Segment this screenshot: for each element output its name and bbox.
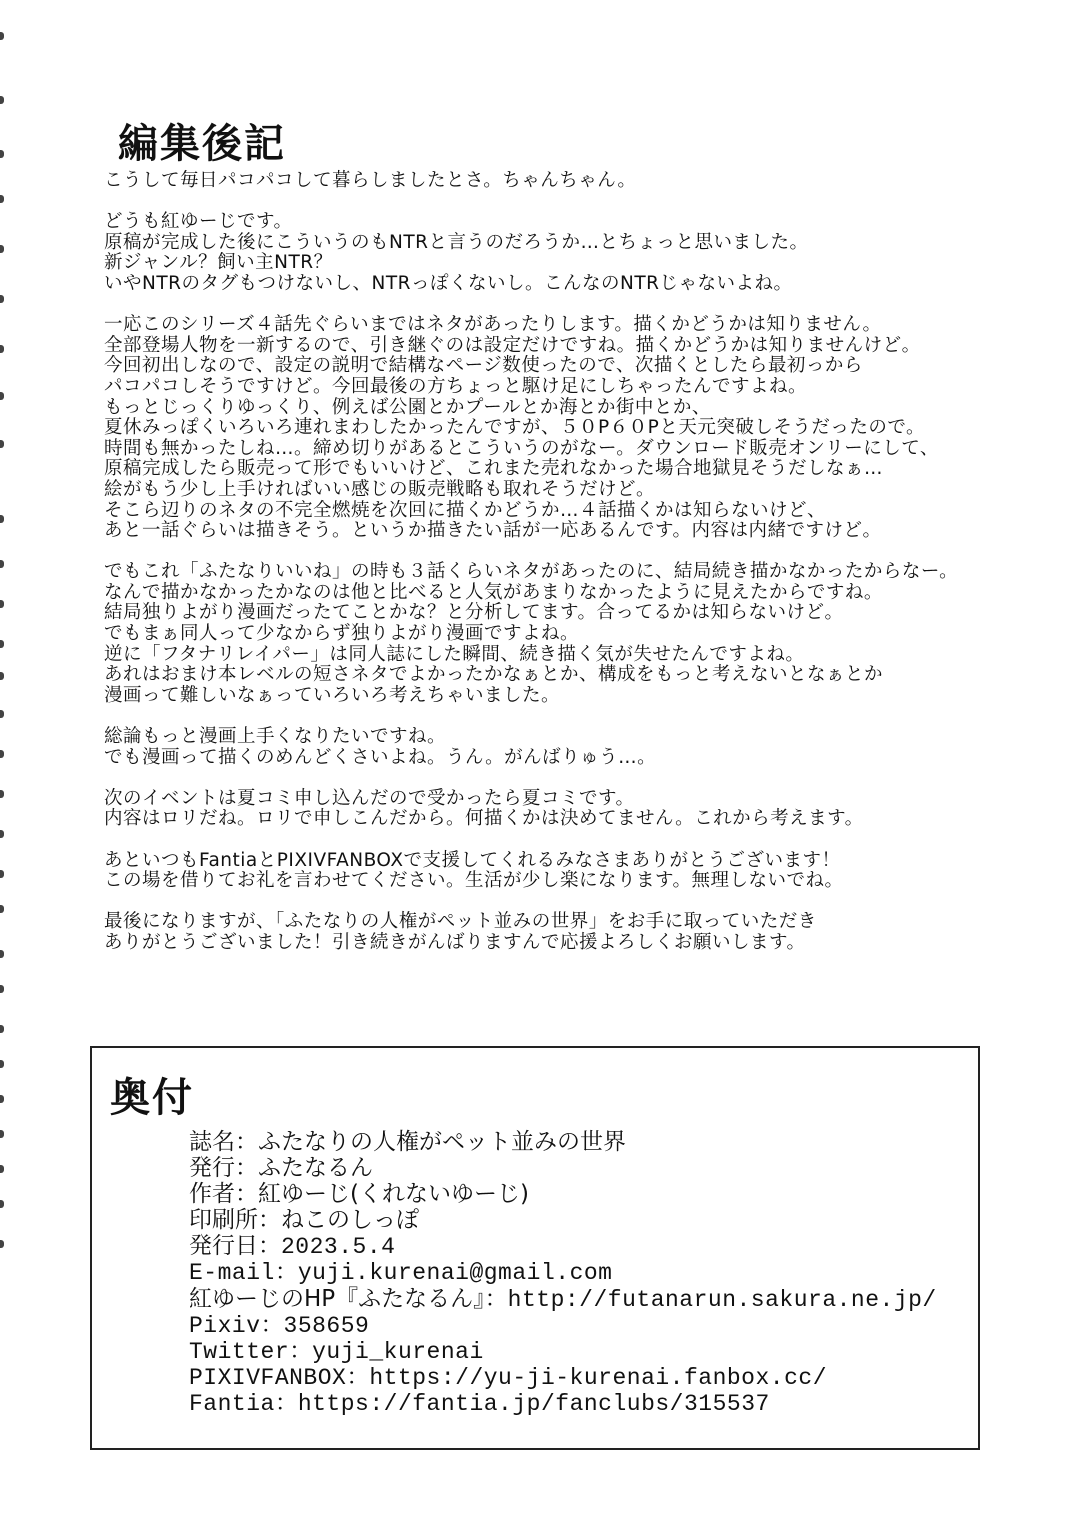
text-line: そこら辺りのネタの不完全燃焼を次回に描くかどうか…４話描くかは知らないけど、 bbox=[104, 501, 1054, 522]
binding-mark bbox=[0, 560, 4, 568]
afterword-body: こうして毎日パコパコして暮らしましたとさ。ちゃんちゃん。 どうも紅ゆーじです。 … bbox=[104, 171, 1054, 974]
colophon-value: ふたなるん bbox=[258, 1155, 373, 1181]
text-line: どうも紅ゆーじです。 bbox=[104, 212, 1054, 233]
text-line: 夏休みっぽくいろいろ連れまわしたかったんですが、５０P６０Pと天元突破しそうだっ… bbox=[104, 418, 1054, 439]
binding-mark bbox=[0, 1060, 4, 1068]
text-line: 今回初出しなので、設定の説明で結構なページ数使ったので、次描くとしたら最初っから bbox=[104, 356, 1054, 377]
text-line: 新ジャンル？飼い主NTR？ bbox=[104, 253, 1054, 274]
text-line: なんで描かなかったかなのは他と比べると人気があまりなかったように見えたからですね… bbox=[104, 583, 1054, 604]
binding-mark bbox=[0, 195, 4, 203]
text-line: 原稿完成したら販売って形でもいいけど、これまた売れなかった場合地獄見そうだしなぁ… bbox=[104, 459, 1054, 480]
binding-mark bbox=[0, 32, 4, 40]
binding-mark bbox=[0, 905, 4, 913]
colophon-row-email: E-mail：yuji.kurenai@gmail.com bbox=[189, 1259, 937, 1285]
colophon-row-fantia: Fantia：https://fantia.jp/fanclubs/315537 bbox=[189, 1390, 937, 1416]
text-line: あれはおまけ本レベルの短さネタでよかったかなぁとか、構成をもっと考えないとなぁと… bbox=[104, 665, 1054, 686]
text-line: でもまぁ同人って少なからず独りよがり漫画ですよね。 bbox=[104, 624, 1054, 645]
colophon-list: 誌名：ふたなりの人権がペット並みの世界 発行：ふたなるん 作者：紅ゆーじ(くれな… bbox=[189, 1129, 937, 1416]
text-line: 最後になりますが、「ふたなりの人権がペット並みの世界」をお手に取っていただき bbox=[104, 912, 1054, 933]
afterword-paragraph: でもこれ「ふたなりいいね」の時も３話くらいネタがあったのに、結局続き描かなかった… bbox=[104, 562, 1054, 706]
binding-mark bbox=[0, 1095, 4, 1103]
text-line: 逆に「フタナリレイパー」は同人誌にした瞬間、続き描く気が失せたんですよね。 bbox=[104, 645, 1054, 666]
colophon-label: Twitter bbox=[189, 1339, 289, 1365]
text-line: 漫画って難しいなぁっていろいろ考えちゃいました。 bbox=[104, 686, 1054, 707]
colophon-row-pixiv: Pixiv：358659 bbox=[189, 1312, 937, 1338]
colophon-row-date: 発行日：2023.5.4 bbox=[189, 1233, 937, 1259]
colophon-separator: ： bbox=[346, 1364, 369, 1390]
binding-mark bbox=[0, 790, 4, 798]
colophon-row-author: 作者：紅ゆーじ(くれないゆーじ) bbox=[189, 1181, 937, 1207]
text-line: 原稿が完成した後にこういうのもNTRと言うのだろうか…とちょっと思いました。 bbox=[104, 233, 1054, 254]
text-line: 内容はロリだね。ロリで申しこんだから。何描くかは決めてません。これから考えます。 bbox=[104, 809, 1054, 830]
binding-mark bbox=[0, 830, 4, 838]
binding-mark bbox=[0, 1165, 4, 1173]
homepage-link[interactable]: http://futanarun.sakura.ne.jp/ bbox=[508, 1287, 937, 1313]
colophon-row-twitter: Twitter：yuji_kurenai bbox=[189, 1338, 937, 1364]
email-link[interactable]: yuji.kurenai@gmail.com bbox=[298, 1260, 613, 1286]
binding-mark bbox=[0, 245, 4, 253]
colophon-separator: ： bbox=[485, 1286, 508, 1312]
text-line: パコパコしそうですけど。今回最後の方ちょっと駆け足にしちゃったんですよね。 bbox=[104, 377, 1054, 398]
afterword-paragraph: あといつもFantiaとPIXIVFANBOXで支援してくれるみなさまありがとう… bbox=[104, 851, 1054, 892]
colophon-separator: ： bbox=[235, 1155, 258, 1181]
colophon-row-homepage: 紅ゆーじのHP『ふたなるん』：http://futanarun.sakura.n… bbox=[189, 1286, 937, 1312]
colophon-label: 印刷所 bbox=[189, 1207, 258, 1233]
text-line: こうして毎日パコパコして暮らしましたとさ。ちゃんちゃん。 bbox=[104, 171, 1054, 192]
binding-mark bbox=[0, 295, 4, 303]
text-line: でもこれ「ふたなりいいね」の時も３話くらいネタがあったのに、結局続き描かなかった… bbox=[104, 562, 1054, 583]
binding-mark bbox=[0, 1240, 4, 1248]
colophon-label: Pixiv bbox=[189, 1313, 261, 1339]
binding-edge-marks bbox=[0, 0, 10, 1521]
colophon-label: PIXIVFANBOX bbox=[189, 1365, 346, 1391]
colophon-separator: ： bbox=[275, 1390, 298, 1416]
colophon-separator: ： bbox=[261, 1312, 284, 1338]
binding-mark bbox=[0, 870, 4, 878]
colophon-label: 発行 bbox=[189, 1155, 235, 1181]
afterword-paragraph: 一応このシリーズ４話先ぐらいまではネタがあったりします。描くかどうかは知りません… bbox=[104, 315, 1054, 542]
binding-mark bbox=[0, 345, 4, 353]
text-line: あといつもFantiaとPIXIVFANBOXで支援してくれるみなさまありがとう… bbox=[104, 851, 1054, 872]
colophon-box: 奥付 誌名：ふたなりの人権がペット並みの世界 発行：ふたなるん 作者：紅ゆーじ(… bbox=[90, 1046, 980, 1450]
colophon-separator: ： bbox=[258, 1233, 281, 1259]
colophon-row-publisher: 発行：ふたなるん bbox=[189, 1155, 937, 1181]
text-line: この場を借りてお礼を言わせてください。生活が少し楽になります。無理しないでね。 bbox=[104, 871, 1054, 892]
colophon-label: Fantia bbox=[189, 1391, 275, 1417]
colophon-label: E-mail bbox=[189, 1260, 275, 1286]
text-line: でも漫画って描くのめんどくさいよね。うん。がんばりゅう…。 bbox=[104, 748, 1054, 769]
colophon-separator: ： bbox=[235, 1181, 258, 1207]
colophon-separator: ： bbox=[235, 1129, 258, 1155]
binding-mark bbox=[0, 600, 4, 608]
text-line: 絵がもう少し上手ければいい感じの販売戦略も取れそうだけど。 bbox=[104, 480, 1054, 501]
afterword-paragraph: 最後になりますが、「ふたなりの人権がペット並みの世界」をお手に取っていただき あ… bbox=[104, 912, 1054, 953]
afterword-paragraph: どうも紅ゆーじです。 原稿が完成した後にこういうのもNTRと言うのだろうか…とち… bbox=[104, 212, 1054, 294]
binding-mark bbox=[0, 1025, 4, 1033]
pixiv-id: 358659 bbox=[284, 1313, 370, 1339]
text-line: 次のイベントは夏コミ申し込んだので受かったら夏コミです。 bbox=[104, 789, 1054, 810]
text-line: 全部登場人物を一新するので、引き継ぐのは設定だけですね。描くかどうかは知りません… bbox=[104, 336, 1054, 357]
afterword-paragraph: 総論もっと漫画上手くなりたいですね。 でも漫画って描くのめんどくさいよね。うん。… bbox=[104, 727, 1054, 768]
binding-mark bbox=[0, 96, 4, 104]
afterword-paragraph: こうして毎日パコパコして暮らしましたとさ。ちゃんちゃん。 bbox=[104, 171, 1054, 192]
text-line: もっとじっくりゆっくり、例えば公園とかプールとか海とか街中とか、 bbox=[104, 398, 1054, 419]
colophon-separator: ： bbox=[275, 1259, 298, 1285]
fantia-link[interactable]: https://fantia.jp/fanclubs/315537 bbox=[298, 1391, 770, 1417]
binding-mark bbox=[0, 950, 4, 958]
fanbox-link[interactable]: https://yu-ji-kurenai.fanbox.cc/ bbox=[369, 1365, 827, 1391]
colophon-value: ねこのしっぽ bbox=[281, 1207, 419, 1233]
twitter-handle: yuji_kurenai bbox=[312, 1339, 484, 1365]
text-line: いやNTRのタグもつけないし、NTRっぽくないし。こんなのNTRじゃないよね。 bbox=[104, 274, 1054, 295]
colophon-title: 奥付 bbox=[110, 1074, 194, 1122]
colophon-row-fanbox: PIXIVFANBOX：https://yu-ji-kurenai.fanbox… bbox=[189, 1364, 937, 1390]
colophon-value: ふたなりの人権がペット並みの世界 bbox=[258, 1129, 626, 1155]
text-line: 結局独りよがり漫画だったてことかな？と分析してます。合ってるかは知らないけど。 bbox=[104, 603, 1054, 624]
binding-mark bbox=[0, 710, 4, 718]
text-line: ありがとうございました！引き続きがんばりますんで応援よろしくお願いします。 bbox=[104, 933, 1054, 954]
binding-mark bbox=[0, 1130, 4, 1138]
binding-mark bbox=[0, 1200, 4, 1208]
binding-mark bbox=[0, 985, 4, 993]
colophon-separator: ： bbox=[289, 1338, 312, 1364]
afterword-title: 編集後記 bbox=[118, 118, 286, 170]
colophon-label: 紅ゆーじのHP『ふたなるん』 bbox=[189, 1286, 485, 1312]
binding-mark bbox=[0, 672, 4, 680]
text-line: 時間も無かったしね…。締め切りがあるとこういうのがなー。ダウンロード販売オンリー… bbox=[104, 439, 1054, 460]
binding-mark bbox=[0, 150, 4, 158]
binding-mark bbox=[0, 515, 4, 523]
binding-mark bbox=[0, 440, 4, 448]
colophon-separator: ： bbox=[258, 1207, 281, 1233]
colophon-row-title: 誌名：ふたなりの人権がペット並みの世界 bbox=[189, 1129, 937, 1155]
colophon-value: 2023.5.4 bbox=[281, 1234, 395, 1260]
binding-mark bbox=[0, 640, 4, 648]
colophon-row-printer: 印刷所：ねこのしっぽ bbox=[189, 1207, 937, 1233]
text-line: あと一話ぐらいは描きそう。というか描きたい話が一応あるんです。内容は内緒ですけど… bbox=[104, 521, 1054, 542]
afterword-paragraph: 次のイベントは夏コミ申し込んだので受かったら夏コミです。 内容はロリだね。ロリで… bbox=[104, 789, 1054, 830]
text-line: 一応このシリーズ４話先ぐらいまではネタがあったりします。描くかどうかは知りません… bbox=[104, 315, 1054, 336]
colophon-label: 作者 bbox=[189, 1181, 235, 1207]
colophon-value: 紅ゆーじ(くれないゆーじ) bbox=[258, 1181, 529, 1207]
colophon-label: 発行日 bbox=[189, 1233, 258, 1259]
binding-mark bbox=[0, 750, 4, 758]
text-line: 総論もっと漫画上手くなりたいですね。 bbox=[104, 727, 1054, 748]
binding-mark bbox=[0, 392, 4, 400]
colophon-label: 誌名 bbox=[189, 1129, 235, 1155]
